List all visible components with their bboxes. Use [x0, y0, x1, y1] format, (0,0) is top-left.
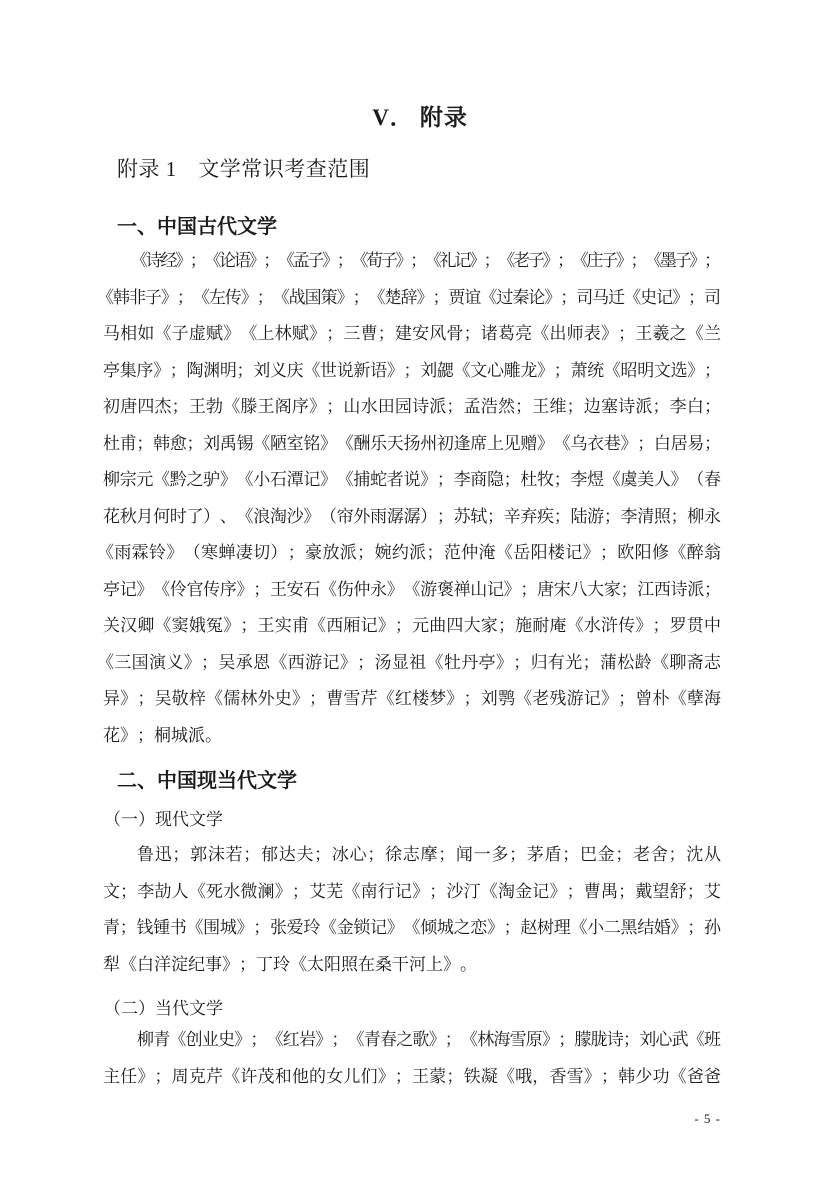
text-line: 亭集序》；陶渊明；刘义庆《世说新语》；刘勰《文心雕龙》；萧统《昭明文选》； [103, 353, 721, 390]
text-line: 柳宗元《黔之驴》《小石潭记》《捕蛇者说》；李商隐；杜牧；李煜《虞美人》（春 [103, 462, 721, 499]
text-line: 鲁迅；郭沫若；郁达夫；冰心；徐志摩；闻一多；茅盾；巴金；老舍；沈从 [103, 837, 721, 874]
document-page: V．附录 附录 1 文学常识考查范围 一、中国古代文学 《诗经》；《论语》；《孟… [0, 0, 840, 1192]
paragraph-contemporary-literature: 柳青《创业史》；《红岩》；《青春之歌》；《林海雪原》；朦胧诗；刘心武《班 主任》… [103, 1022, 721, 1095]
text-line: 文；李劼人《死水微澜》；艾芜《南行记》；沙汀《淘金记》；曹禺；戴望舒；艾 [103, 874, 721, 911]
subsection-heading-modern-literature: （一）现代文学 [104, 805, 223, 830]
text-line: 异》；吴敬梓《儒林外史》；曹雪芹《红楼梦》；刘鹗《老残游记》；曾朴《孽海 [103, 681, 721, 718]
text-line: 花秋月何时了）、《浪淘沙》（帘外雨潺潺）；苏轼；辛弃疾；陆游；李清照；柳永 [103, 499, 721, 536]
page-title: V．附录 [0, 99, 840, 132]
appendix-heading: 附录 1 文学常识考查范围 [117, 153, 370, 183]
text-line: 关汉卿《窦娥冤》；王实甫《西厢记》；元曲四大家；施耐庵《水浒传》；罗贯中 [103, 608, 721, 645]
page-number: - 5 - [694, 1111, 721, 1127]
paragraph-modern-literature: 鲁迅；郭沫若；郁达夫；冰心；徐志摩；闻一多；茅盾；巴金；老舍；沈从 文；李劼人《… [103, 837, 721, 983]
paragraph-ancient-literature: 《诗经》；《论语》；《孟子》；《荀子》；《礼记》；《老子》；《庄子》；《墨子》；… [103, 243, 721, 754]
subsection-heading-contemporary-literature: （二）当代文学 [104, 994, 223, 1019]
section-heading-ancient-literature: 一、中国古代文学 [117, 210, 277, 239]
section-heading-modern-contemporary-literature: 二、中国现当代文学 [117, 764, 297, 793]
text-line: 柳青《创业史》；《红岩》；《青春之歌》；《林海雪原》；朦胧诗；刘心武《班 [103, 1022, 721, 1059]
page-title-numeral: V． [372, 105, 414, 130]
text-line: 主任》；周克芹《许茂和他的女儿们》；王蒙；铁凝《哦，香雪》；韩少功《爸爸 [103, 1059, 721, 1096]
text-line: 杜甫；韩愈；刘禹锡《陋室铭》《酬乐天扬州初逢席上见赠》《乌衣巷》；白居易； [103, 426, 721, 463]
text-line: 花》；桐城派。 [103, 718, 721, 755]
text-line: 青；钱锺书《围城》；张爱玲《金锁记》《倾城之恋》；赵树理《小二黑结婚》；孙 [103, 910, 721, 947]
text-line: 初唐四杰；王勃《滕王阁序》；山水田园诗派；孟浩然；王维；边塞诗派；李白； [103, 389, 721, 426]
text-line: 犁《白洋淀纪事》；丁玲《太阳照在桑干河上》。 [103, 947, 721, 984]
text-line: 亭记》《伶官传序》；王安石《伤仲永》《游褒禅山记》；唐宋八大家；江西诗派； [103, 572, 721, 609]
text-line: 马相如《子虚赋》《上林赋》；三曹；建安风骨；诸葛亮《出师表》；王羲之《兰 [103, 316, 721, 353]
text-line: 《韩非子》；《左传》；《战国策》；《楚辞》；贾谊《过秦论》；司马迁《史记》；司 [97, 280, 721, 317]
text-line: 《三国演义》；吴承恩《西游记》；汤显祖《牡丹亭》；归有光；蒲松龄《聊斋志 [97, 645, 721, 682]
page-title-text: 附录 [420, 104, 468, 130]
text-line: 《雨霖铃》（寒蝉凄切）；豪放派；婉约派；范仲淹《岳阳楼记》；欧阳修《醉翁 [97, 535, 721, 572]
text-line: 《诗经》；《论语》；《孟子》；《荀子》；《礼记》；《老子》；《庄子》；《墨子》； [97, 243, 721, 280]
